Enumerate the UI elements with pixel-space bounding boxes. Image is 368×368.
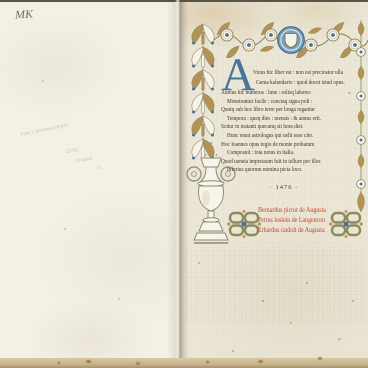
verse-line: Quotq sub hoc libro terre per longa rega… <box>221 106 315 113</box>
pencil-number: 22/91 <box>66 147 79 155</box>
right-border-ornament <box>353 20 368 214</box>
verse-line: Gema kalendario : quod docet istud opus. <box>256 79 345 86</box>
colophon-line: Erhardus ratdolt de Augusta <box>258 225 326 235</box>
book-photo: MK Vide i Mondeslangia 22/91 complet 19.… <box>0 0 368 368</box>
colophon: Bernardus pictor de Augusta Petrus losle… <box>258 205 338 235</box>
pencil-small-note: 19.. <box>96 165 104 171</box>
date-line: · 1476 · <box>252 184 316 191</box>
verse-line: Hoc Ioannes opus regio de monte probatum <box>221 141 314 148</box>
acanthus-column-ornament <box>186 22 220 160</box>
verse-line: Composuit : tota notus in italia. <box>227 149 294 156</box>
bottom-page-edge <box>0 358 368 368</box>
colophon-line: Petrus loslein de Langencen <box>258 215 326 225</box>
verse-line: Quod ueneta impressum fuit in tellure pe… <box>221 158 321 165</box>
verse-line: Tempora : queq dies : mensis : & annus e… <box>227 115 321 122</box>
pencil-owner-mark: MK <box>15 7 34 23</box>
verse-line: Scitur in instanti quecunq sit hora diei… <box>221 123 303 130</box>
pencil-note: Vide i Mondeslangia <box>20 123 69 138</box>
verse-line: Hunc emat astrologus qui uelit esse cito… <box>227 132 313 139</box>
pencil-word: complet <box>75 156 93 164</box>
verse-line: Inferius quorum nomina picta loco. <box>227 166 302 173</box>
left-page: MK Vide i Mondeslangia 22/91 complet 19.… <box>0 2 179 358</box>
colophon-line: Bernardus pictor de Augusta <box>258 205 326 215</box>
verse-line: Monstrantur facile : cunctaq signa poli … <box>227 98 312 105</box>
verse-line: Aureus hic numerus : lune : solisq labor… <box>221 89 311 96</box>
verse-line: Vreus hic liber est : non est preciosior… <box>253 69 343 76</box>
knot-ornament-left <box>227 209 261 239</box>
